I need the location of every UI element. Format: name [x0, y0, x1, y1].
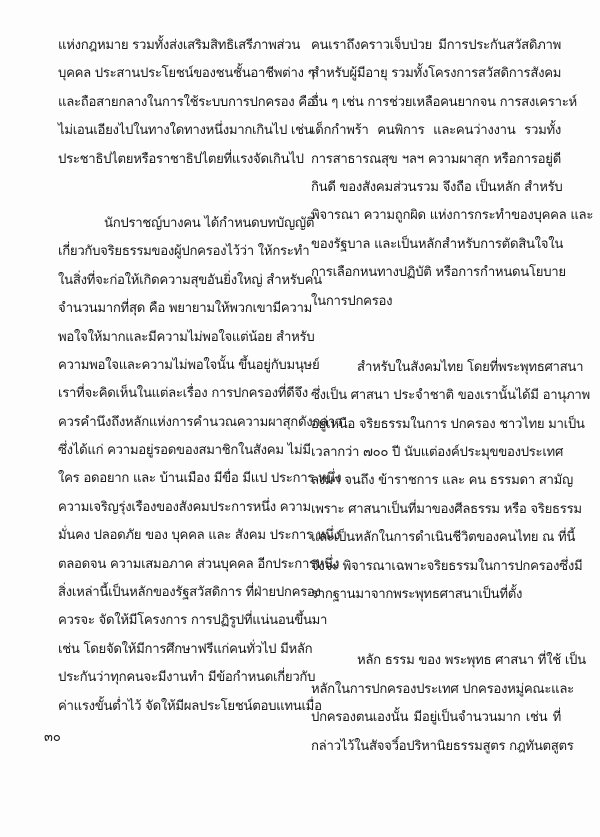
text-line: ปกครองตนเองนั้น มีอยู่เป็นจำนวนมาก เช่น … [311, 704, 561, 732]
text-line: เกี่ยวกับจริยธรรมของผู้ปกครองไว้ว่า ให้ก… [58, 238, 298, 266]
text-line: สำหรับผู้มีอายุ รวมทั้งโครงการสวัสดิการส… [311, 60, 561, 88]
text-line: และถือสายกลางในการใช้ระบบการปกครอง คือ [58, 89, 298, 117]
text-line: กินดี ของสังคมส่วนรวม จึงถือ เป็นหลัก สำ… [311, 174, 561, 202]
text-line: เราที่จะคิดเห็นในแต่ละเรื่อง การปกครองที… [58, 380, 298, 408]
text-line: รากฐานมาจากพระพุทธศาสนาเป็นที่ตั้ง [311, 581, 561, 609]
paragraph: คนเราถึงคราวเจ็บป่วย มีการประกันสวัสดิภา… [311, 32, 561, 316]
text-line: การเลือกหนทางปฏิบัติ หรือการกำหนดนโยบาย [311, 259, 561, 287]
text-line: สิ่งเหล่านี้เป็นหลักของรัฐสวัสดิการ ที่ฝ… [58, 579, 298, 607]
text-line: จำนวนมากที่สุด คือ พยายามให้พวกเขามีความ [58, 295, 298, 323]
text-line: ควรจะ จัดให้มีโครงการ การปฏิรูปที่แน่นอน… [58, 607, 298, 635]
text-line: จึงจะ พิจารณาเฉพาะจริยธรรมในการปกครองซึ่… [311, 553, 561, 581]
text-line: เด็กกำพร้า คนพิการ และคนว่างงาน รวมทั้ง [311, 117, 561, 145]
text-line: อยู่เหนือ จริยธรรมในการ ปกครอง ชาวไทย มา… [311, 411, 561, 439]
text-line: ความเจริญรุ่งเรืองของสังคมประการหนึ่ง คว… [58, 494, 298, 522]
text-line: ไม่เอนเอียงไปในทางใดทางหนึ่งมากเกินไป เช… [58, 117, 298, 145]
paragraph-gap [58, 174, 298, 210]
text-line: ใคร อดอยาก และ บ้านเมือง มีขื่อ มีแป ประ… [58, 465, 298, 493]
text-line: พอใจให้มากและมีความไม่พอใจแต่น้อย สำหรับ [58, 324, 298, 352]
text-line: การสาธารณสุข ฯลฯ ความผาสุก หรือการอยู่ดี [311, 146, 561, 174]
paragraph: หลัก ธรรม ของ พระพุทธ ศาสนา ที่ใช้ เป็น … [311, 647, 561, 761]
paragraph-gap [311, 316, 561, 354]
text-line: ประชาธิปไตยหรือราชาธิปไตยที่แรงจัดเกินไป [58, 146, 298, 174]
text-line: อื่น ๆ เช่น การช่วยเหลือคนยากจน การสงเคร… [311, 89, 561, 117]
text-line: ควรคำนึงถึงหลักแห่งการคำนวณความผาสุกดังก… [58, 409, 298, 437]
paragraph: นักปราชญ์บางคน ได้กำหนดบทบัญญัติ เกี่ยวก… [58, 210, 298, 721]
text-line: ประกันว่าทุกคนจะมีงานทำ มีข้อกำหนดเกี่ยว… [58, 664, 298, 692]
paragraph: สำหรับในสังคมไทย โดยที่พระพุทธศาสนา ซึ่ง… [311, 354, 561, 610]
text-line: เช่น โดยจัดให้มีการศึกษาฟรีแก่คนทั่วไป ม… [58, 636, 298, 664]
text-line: หลักในการปกครองประเทศ ปกครองหมู่คณะและ [311, 676, 561, 704]
text-line: ลงมา จนถึง ข้าราชการ และ คน ธรรมดา สามัญ [311, 467, 561, 495]
text-line: ความพอใจและความไม่พอใจนั้น ขึ้นอยู่กับมน… [58, 352, 298, 380]
text-line: สำหรับในสังคมไทย โดยที่พระพุทธศาสนา [311, 354, 561, 382]
text-line: มั่นคง ปลอดภัย ของ บุคคล และ สังคม ประกา… [58, 522, 298, 550]
text-line: แห่งกฎหมาย รวมทั้งส่งเสริมสิทธิเสรีภาพส่… [58, 32, 298, 60]
text-line: ค่าแรงขั้นต่ำไว้ จัดให้มีผลประโยชน์ตอบแท… [58, 693, 298, 721]
text-line: นักปราชญ์บางคน ได้กำหนดบทบัญญัติ [58, 210, 298, 238]
text-line: ในการปกครอง [311, 288, 561, 316]
text-line: คนเราถึงคราวเจ็บป่วย มีการประกันสวัสดิภา… [311, 32, 561, 60]
text-line: ของรัฐบาล และเป็นหลักสำหรับการตัดสินใจใน [311, 231, 561, 259]
text-line: เพราะ ศาสนาเป็นที่มาของศีลธรรม หรือ จริย… [311, 496, 561, 524]
right-column: คนเราถึงคราวเจ็บป่วย มีการประกันสวัสดิภา… [311, 32, 561, 761]
page-number: ๓๐ [44, 726, 61, 747]
paragraph-gap [311, 609, 561, 647]
paragraph: แห่งกฎหมาย รวมทั้งส่งเสริมสิทธิเสรีภาพส่… [58, 32, 298, 174]
left-column: แห่งกฎหมาย รวมทั้งส่งเสริมสิทธิเสรีภาพส่… [58, 32, 298, 721]
text-line: เวลากว่า ๗๐๐ ปี นับแต่องค์ประมุขของประเท… [311, 439, 561, 467]
text-line: พิจารณา ความถูกผิด แห่งการกระทำของบุคคล … [311, 202, 561, 230]
text-line: หลัก ธรรม ของ พระพุทธ ศาสนา ที่ใช้ เป็น [311, 647, 561, 675]
text-line: ในสิ่งที่จะก่อให้เกิดความสุขอันยิ่งใหญ่ … [58, 267, 298, 295]
text-line: บุคคล ประสานประโยชน์ของชนชั้นอาชีพต่าง ๆ [58, 60, 298, 88]
text-line: กล่าวไว้ในสัจจวิ์อปริหานิยธรรมสูตร กฎทัน… [311, 733, 561, 761]
text-line: และเป็นหลักในการดำเนินชีวิตของคนไทย ณ ที… [311, 524, 561, 552]
text-line: ซึ่งเป็น ศาสนา ประจำชาติ ของเรานั้นได้มี… [311, 382, 561, 410]
text-line: ตลอดจน ความเสมอภาค ส่วนบุคคล อีกประการหน… [58, 551, 298, 579]
text-line: ซึ่งได้แก่ ความอยู่รอดของสมาชิกในสังคม ไ… [58, 437, 298, 465]
